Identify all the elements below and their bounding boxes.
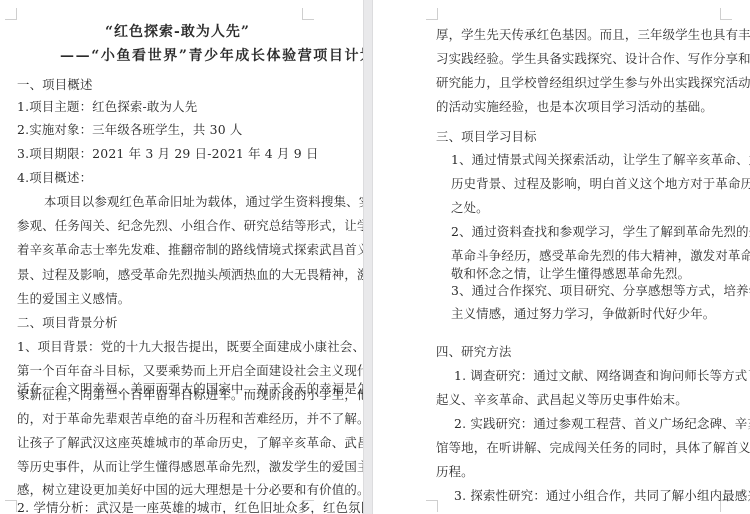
- document-subtitle: ——“小鱼看世界”青少年成长体验营项目计划书: [60, 48, 363, 64]
- paragraph-line: 1、项目背景：党的十九大报告提出，既要全面建成小康社会、实现: [17, 339, 363, 355]
- paragraph-line: 第一个百年奋斗目标，又要乘势而上开启全面建设社会主义现代化国: [17, 363, 363, 379]
- paragraph-line: 革命斗争经历，感受革命先烈的伟大精神，激发对革命先烈的崇: [451, 248, 750, 264]
- paragraph-line: 感，树立建设更加美好中国的远大理想是十分必要和有价值的。: [17, 482, 363, 498]
- text-line: 1.项目主题：红色探索-敢为人先: [17, 99, 197, 115]
- paragraph-line: 研究能力，且学校曾经组织过学生参与外出实践探究活动，具有丰富: [436, 75, 750, 91]
- page-corner-mark: [5, 500, 17, 512]
- paragraph-line: 让孩子了解武汉这座英雄城市的革命历史，了解辛亥革命、武昌起义: [17, 435, 363, 451]
- paragraph-line: 厚，学生先天传承红色基因。而且，三年级学生也具有丰富的项目学: [436, 27, 750, 43]
- paragraph-line: 景、过程及影响，感受革命先烈抛头颅洒热血的大无畏精神，激发学: [17, 267, 363, 283]
- page-corner-mark: [426, 500, 438, 512]
- page-corner-mark: [302, 8, 314, 20]
- paragraph-line: 1、通过情景式闯关探索活动，让学生了解辛亥革命、武昌起义的: [451, 152, 750, 168]
- document-page-right: 厚，学生先天传承红色基因。而且，三年级学生也具有丰富的项目学 习实践经验。学生具…: [373, 0, 750, 514]
- paragraph-line: 习实践经验。学生具备实践探究、设计合作、写作分享和展示交流等: [436, 51, 750, 67]
- paragraph-line: 主义情感，通过努力学习，争做新时代好少年。: [451, 306, 715, 322]
- text-line: 3.项目期限：2021 年 3 月 29 日-2021 年 4 月 9 日: [17, 146, 319, 162]
- paragraph-line: 1. 调查研究：通过文献、网络调查和询问师长等方式了解工程营: [454, 368, 750, 384]
- paragraph-line: 馆等地，在听讲解、完成闯关任务的同时，具体了解首义的恢弘革命: [436, 440, 750, 456]
- paragraph-line: 参观、任务闯关、纪念先烈、小组合作、研究总结等形式，让学生沿: [17, 218, 363, 234]
- document-page-left: “红色探索-敢为人先” ——“小鱼看世界”青少年成长体验营项目计划书 一、项目概…: [0, 0, 363, 514]
- section-heading: 二、项目背景分析: [17, 315, 118, 331]
- paragraph-line: 活在一个文明幸福、美丽而强大的国家中，对于今天的幸福是怎么来: [17, 381, 363, 397]
- page-corner-mark: [720, 8, 732, 20]
- paragraph-line: 2、通过资料查找和参观学习，学生了解到革命先烈的生平故事和: [451, 224, 750, 240]
- section-heading: 一、项目概述: [17, 77, 93, 93]
- page-corner-mark: [5, 8, 17, 20]
- text-line: 2.实施对象：三年级各班学生，共 30 人: [17, 122, 243, 138]
- paragraph-line: 等历史事件，从而让学生懂得感恩革命先烈，激发学生的爱国主义情: [17, 459, 363, 475]
- paragraph-line: 本项目以参观红色革命旧址为载体，通过学生资料搜集、实地: [44, 194, 363, 210]
- text-line: 4.项目概述：: [17, 170, 92, 186]
- paragraph-line: 起义、辛亥革命、武昌起义等历史事件始末。: [436, 392, 688, 408]
- paragraph-line: 3、通过合作探究、项目研究、分享感想等方式，培养学生的爱国: [451, 283, 750, 299]
- paragraph-line: 历史背景、过程及影响，明白首义这个地方对于革命历史的特殊: [451, 176, 750, 192]
- paragraph-line: 之处。: [451, 200, 489, 216]
- paragraph-line: 3. 探索性研究：通过小组合作，共同了解小组内最感兴趣或印: [454, 488, 750, 504]
- paragraph-line: 历程。: [436, 464, 474, 480]
- paragraph-line: 2. 实践研究：通过参观工程营、首义广场纪念碑、辛亥革命博物: [454, 416, 750, 432]
- paragraph-line: 的活动实施经验，也是本次项目学习活动的基础。: [436, 99, 713, 115]
- paragraph-line: 敬和怀念之情，让学生懂得感恩革命先烈。: [451, 266, 690, 282]
- section-heading: 四、研究方法: [436, 344, 512, 360]
- page-gutter: [363, 0, 373, 514]
- document-title: “红色探索-敢为人先”: [105, 24, 250, 40]
- page-corner-mark: [426, 8, 438, 20]
- paragraph-line: 的，对于革命先辈艰苦卓绝的奋斗历程和苦难经历，并不了解。因此，: [17, 411, 363, 427]
- section-heading: 三、项目学习目标: [436, 129, 537, 145]
- paragraph-line: 2. 学情分析：武汉是一座英雄的城市，红色旧址众多，红色氛围浓: [17, 500, 363, 514]
- paragraph-line: 着辛亥革命志士率先发难、推翻帝制的路线情境式探索武昌首义的背: [17, 242, 363, 258]
- paragraph-line: 生的爱国主义感情。: [17, 291, 130, 307]
